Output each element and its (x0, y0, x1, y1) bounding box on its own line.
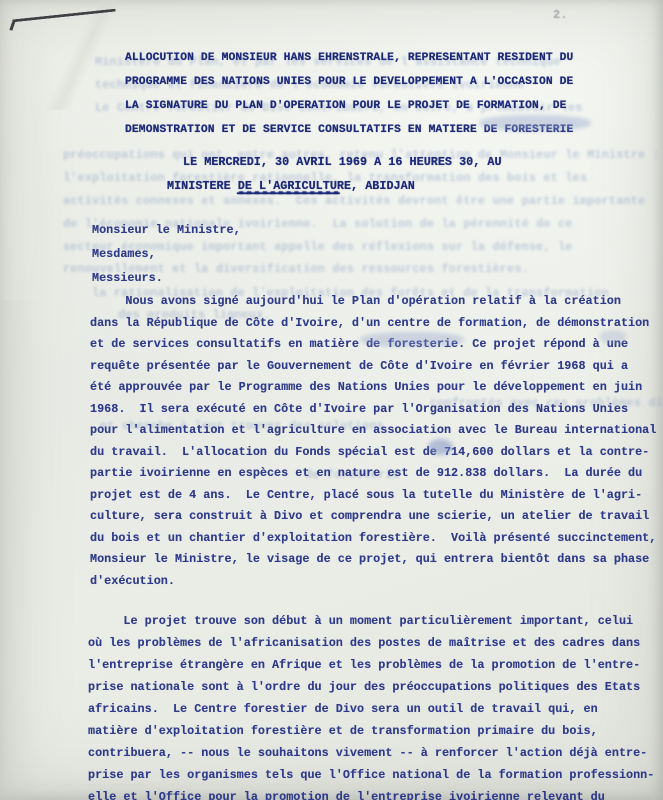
body-line: du bois et un chantier d'exploitation fo… (90, 528, 656, 550)
body-line: prise nationale sont à l'ordre du jour d… (88, 676, 654, 698)
body-line: prise par les organismes tels que l'Offi… (88, 764, 654, 786)
body-line: africains. Le Centre forestier de Divo s… (88, 698, 654, 720)
body-line: pour l'alimentation et l'agriculture en … (90, 420, 656, 442)
title-line: PROGRAMME DES NATIONS UNIES POUR LE DEVE… (125, 70, 573, 94)
venue-line: LE MERCREDI, 30 AVRIL 1969 A 16 HEURES 3… (183, 150, 502, 174)
ink-blot-amount (428, 439, 453, 455)
salutation-line: Mesdames, (92, 242, 241, 266)
body-line: elle et l'Office pour la promotion de l'… (88, 786, 654, 800)
body-line: du travail. L'allocation du Fonds spécia… (90, 442, 656, 464)
title-line: LA SIGNATURE DU PLAN D'OPERATION POUR LE… (125, 94, 573, 118)
body-line: projet est de 4 ans. Le Centre, placé so… (90, 485, 656, 507)
body-line: l'entreprise étrangère en Afrique et les… (88, 654, 654, 676)
typed-dash-divider: ------------- (237, 182, 340, 206)
body-line: 1968. Il sera exécuté en Côte d'Ivoire p… (90, 399, 656, 421)
faint-page-number: 2. (553, 8, 567, 22)
body-line: dans la République de Côte d'Ivoire, d'u… (90, 313, 656, 335)
paragraph-2: Le projet trouve son début à un moment p… (88, 610, 654, 800)
body-line: partie ivoirienne en espèces et en natur… (90, 463, 656, 485)
salutation-line: Messieurs. (92, 266, 241, 290)
salutation-line: Monsieur le Ministre, (92, 218, 241, 242)
title-line: ALLOCUTION DE MONSIEUR HANS EHRENSTRALE,… (125, 46, 573, 70)
ink-smudge-foresterie (360, 332, 464, 347)
body-line: d'exécution. (90, 571, 656, 593)
ink-smudge-margin (600, 330, 626, 344)
body-line: requête présentée par le Gouvernement de… (90, 356, 656, 378)
body-line: contribuera, -- nous le souhaitons vivem… (88, 742, 654, 764)
paper-edge-shading (0, 300, 40, 800)
body-line: Le projet trouve son début à un moment p… (88, 610, 654, 632)
ink-smudge-title (479, 115, 591, 131)
body-line: Monsieur le Ministre, le visage de ce pr… (90, 549, 656, 571)
body-line: où les problèmes de l'africanisation des… (88, 632, 654, 654)
body-line: matière d'exploitation forestière et de … (88, 720, 654, 742)
salutation: Monsieur le Ministre,Mesdames,Messieurs. (92, 218, 241, 290)
scanned-document-page: Ministère du Plan, et par les services d… (0, 0, 663, 800)
body-line: été approuvée par le Programme des Natio… (90, 377, 656, 399)
body-line: culture, sera construit à Divo et compre… (90, 506, 656, 528)
body-line: Nous avons signé aujourd'hui le Plan d'o… (90, 291, 656, 313)
event-date-venue: LE MERCREDI, 30 AVRIL 1969 A 16 HEURES 3… (183, 150, 502, 198)
